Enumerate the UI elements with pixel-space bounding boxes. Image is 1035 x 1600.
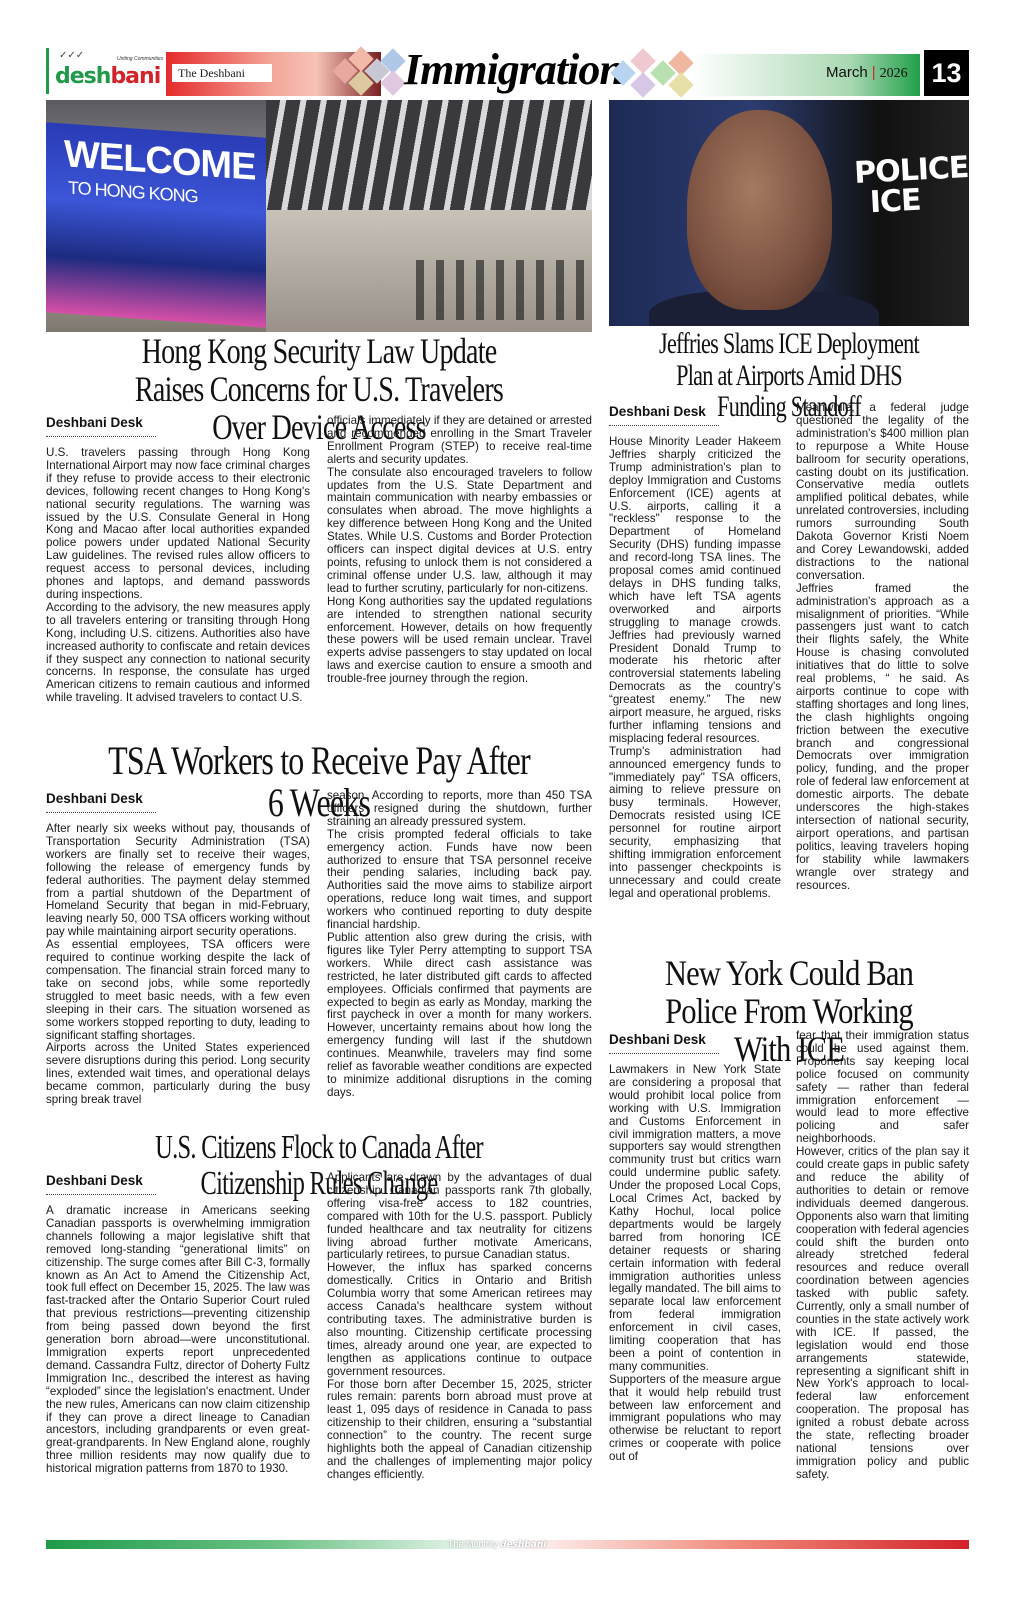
article-tsa-col1: Deshbani Desk After nearly six weeks wit… [46,790,310,1107]
article-new-york-col1: Deshbani Desk Lawmakers in New York Stat… [609,1031,781,1464]
paragraph: However, the influx has sparked concerns… [327,1262,592,1378]
paragraph: Hong Kong authorities say the updated re… [327,596,592,686]
paragraph: A dramatic increase in Americans seeking… [46,1205,310,1476]
article-jeffries-col1: Deshbani Desk House Minority Leader Hake… [609,403,781,901]
article-canada-col1: Deshbani Desk A dramatic increase in Ame… [46,1172,310,1476]
paragraph: The consulate also encouraged travelers … [327,467,592,596]
section-title: Immigration [404,42,623,98]
paragraph: season. According to reports, more than … [327,790,592,829]
article-hong-kong-col1: Deshbani Desk U.S. travelers passing thr… [46,414,310,705]
paragraph: U.S. travelers passing through Hong Kong… [46,447,310,602]
byline: Deshbani Desk [46,791,143,806]
deshbani-logo: ✓✓✓ Uniting Communities deshbani [46,48,164,94]
paragraph: For those born after December 15, 2025, … [327,1379,592,1482]
paragraph: However, critics of the plan say it coul… [796,1146,969,1482]
paragraph: According to the advisory, the new measu… [46,602,310,705]
paragraph: Lawmakers in New York State are consider… [609,1064,781,1374]
birds-icon: ✓✓✓ [59,50,84,61]
hong-kong-airport-photo: WELCOME TO HONG KONG [46,100,592,332]
paragraph: officials immediately if they are detain… [327,415,592,467]
article-hong-kong-col2: officials immediately if they are detain… [327,415,592,686]
paragraph: fear that their immigration status could… [796,1030,969,1146]
date-separator: | [872,64,876,81]
byline: Deshbani Desk [609,404,706,419]
paragraph: Airports across the United States experi… [46,1042,310,1107]
paragraph: Trump's administration had announced eme… [609,746,781,901]
logo-tagline: Uniting Communities [117,56,163,62]
byline: Deshbani Desk [609,1032,706,1047]
photo-travelers [416,260,592,320]
paragraph: Jeffries framed the administration's app… [796,583,969,893]
article-new-york-col2: fear that their immigration status could… [796,1030,969,1482]
paragraph: The crisis prompted federal officials to… [327,829,592,932]
paragraph: Public attention also grew during the cr… [327,932,592,1100]
jeffries-photo: POLICEICE [609,100,969,326]
issue-date: March|2026 [826,64,908,82]
byline-divider: Deshbani Desk [46,1172,156,1195]
article-tsa-col2: season. According to reports, more than … [327,790,592,1100]
photo-face [687,110,832,310]
byline: Deshbani Desk [46,415,143,430]
issue-month: March [826,64,868,81]
byline-divider: Deshbani Desk [609,1031,719,1054]
issue-year: 2026 [880,66,908,81]
byline-divider: Deshbani Desk [46,414,156,437]
paragraph: House Minority Leader Hakeem Jeffries sh… [609,436,781,746]
paragraph: Meanwhile, a federal judge questioned th… [796,402,969,583]
photo-ceiling [266,100,592,210]
byline-divider: Deshbani Desk [609,403,719,426]
logo-wordmark: deshbani [55,64,160,89]
diamond-decoration-right [600,46,710,98]
byline: Deshbani Desk [46,1173,143,1188]
paragraph: As essential employees, TSA officers wer… [46,939,310,1042]
footer-label: The Monthly deshbani [448,1539,546,1550]
article-jeffries-col2: Meanwhile, a federal judge questioned th… [796,402,969,892]
paragraph: Supporters of the measure argue that it … [609,1374,781,1464]
paragraph: After nearly six weeks without pay, thou… [46,823,310,939]
paragraph: Applicants are drawn by the advantages o… [327,1172,592,1262]
paper-name: The Deshbani [172,64,272,82]
article-canada-col2: Applicants are drawn by the advantages o… [327,1172,592,1482]
diamond-decoration-left [330,48,410,96]
byline-divider: Deshbani Desk [46,790,156,813]
ice-vest-text: POLICEICE [854,153,969,219]
page-number: 13 [924,50,969,96]
